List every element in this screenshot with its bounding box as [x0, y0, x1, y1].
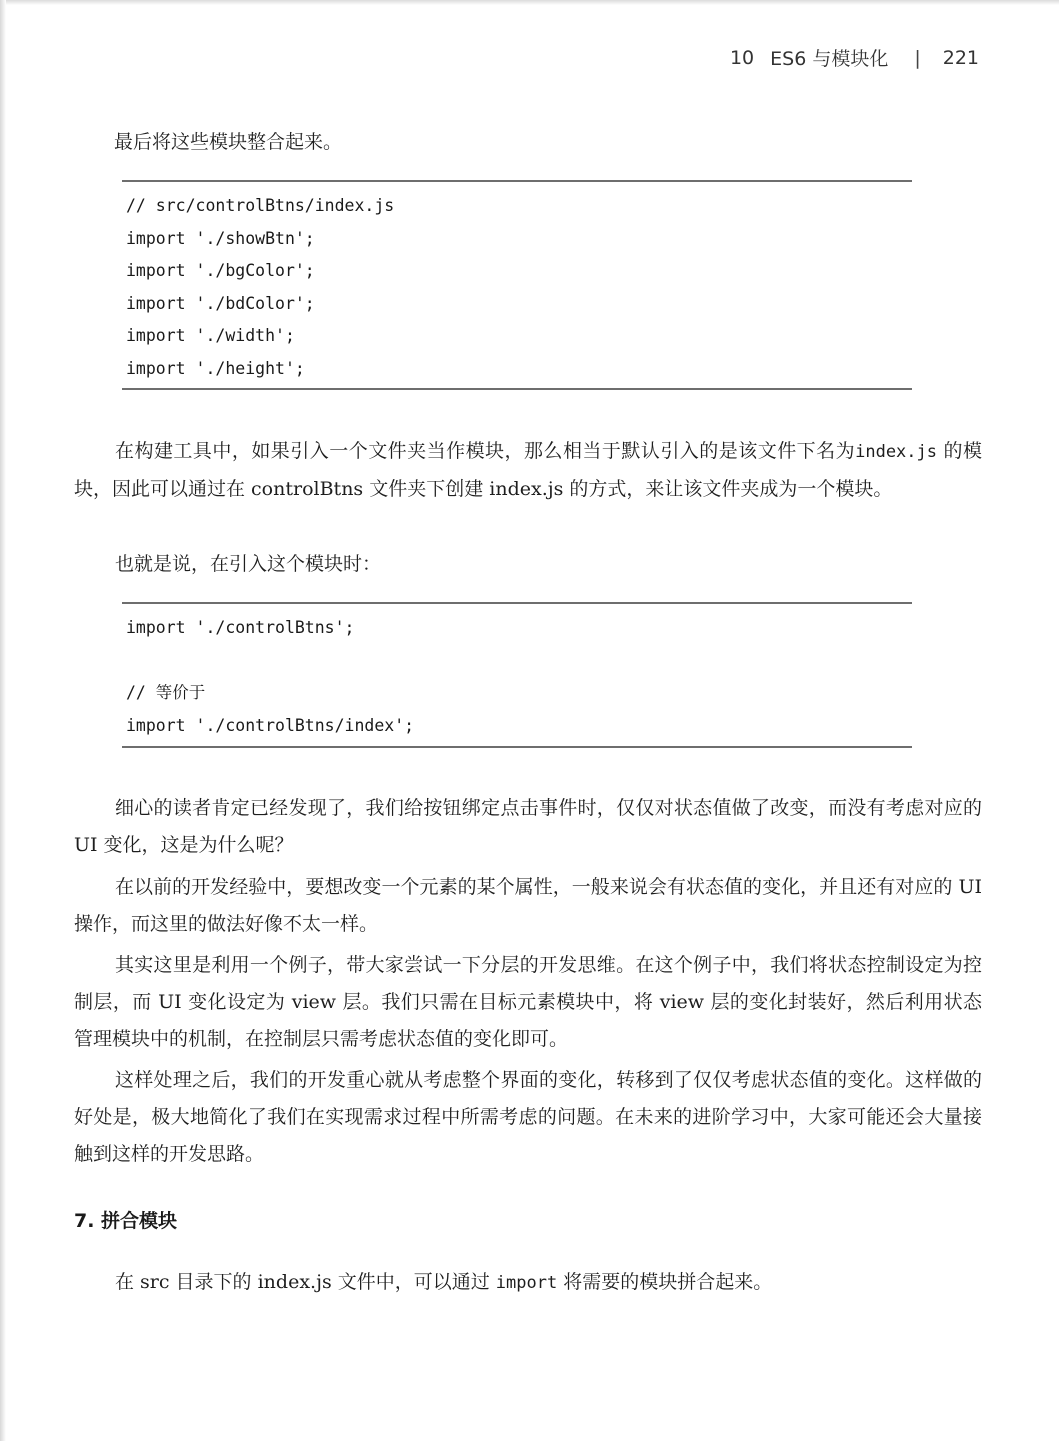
code-comment-line: // 等价于 [126, 677, 414, 710]
body-paragraph: 其实这里是利用一个例子，带大家尝试一下分层的开发思维。在这个例子中，我们将状态控… [74, 947, 982, 1058]
chapter-title: ES6 与模块化 [770, 44, 888, 71]
final-paragraph: 在 src 目录下的 index.js 文件中，可以通过 import 将需要的… [74, 1264, 982, 1302]
code-line-blank [126, 645, 414, 678]
code-block-2-bottom-rule [122, 746, 912, 748]
code-block-1-bottom-rule [122, 388, 912, 390]
code-block-1: // src/controlBtns/index.js import './sh… [126, 190, 394, 385]
build-tool-paragraph: 在构建工具中，如果引入一个文件夹当作模块，那么相当于默认引入的是该文件下名为in… [74, 433, 982, 508]
header-separator: | [914, 47, 920, 69]
code-line: import './height'; [126, 353, 394, 386]
page-edge-shadow-left [0, 0, 6, 1441]
inline-code-index-js: index.js [855, 442, 937, 462]
chapter-number: 10 [730, 47, 754, 69]
running-header: 10 ES6 与模块化 | 221 [730, 44, 979, 71]
build-tool-text-1: 在构建工具中，如果引入一个文件夹当作模块，那么相当于默认引入的是该文件下名为 [115, 440, 855, 462]
code-line: import './showBtn'; [126, 223, 394, 256]
intro-paragraph: 最后将这些模块整合起来。 [114, 124, 1022, 161]
code-block-1-top-rule [122, 180, 912, 182]
code-line: // src/controlBtns/index.js [126, 190, 394, 223]
page-edge-shadow-top [0, 0, 1059, 5]
inline-code-import: import [496, 1273, 557, 1293]
code-line: import './width'; [126, 320, 394, 353]
final-text-1: 在 src 目录下的 index.js 文件中，可以通过 [115, 1271, 496, 1293]
body-paragraph: 细心的读者肯定已经发现了，我们给按钮绑定点击事件时，仅仅对状态值做了改变，而没有… [74, 790, 982, 864]
body-paragraph: 在以前的开发经验中，要想改变一个元素的某个属性，一般来说会有状态值的变化，并且还… [74, 869, 982, 943]
code-block-2-top-rule [122, 602, 912, 604]
that-is-paragraph: 也就是说，在引入这个模块时： [74, 546, 982, 583]
code-line: import './controlBtns/index'; [126, 710, 414, 743]
code-line: import './controlBtns'; [126, 612, 414, 645]
code-block-2: import './controlBtns'; // 等价于 import '.… [126, 612, 414, 742]
page-number: 221 [943, 47, 979, 69]
body-paragraph: 这样处理之后，我们的开发重心就从考虑整个界面的变化，转移到了仅仅考虑状态值的变化… [74, 1062, 982, 1173]
final-text-2: 将需要的模块拼合起来。 [557, 1271, 772, 1293]
code-line: import './bgColor'; [126, 255, 394, 288]
section-heading: 7. 拼合模块 [74, 1206, 177, 1233]
code-line: import './bdColor'; [126, 288, 394, 321]
